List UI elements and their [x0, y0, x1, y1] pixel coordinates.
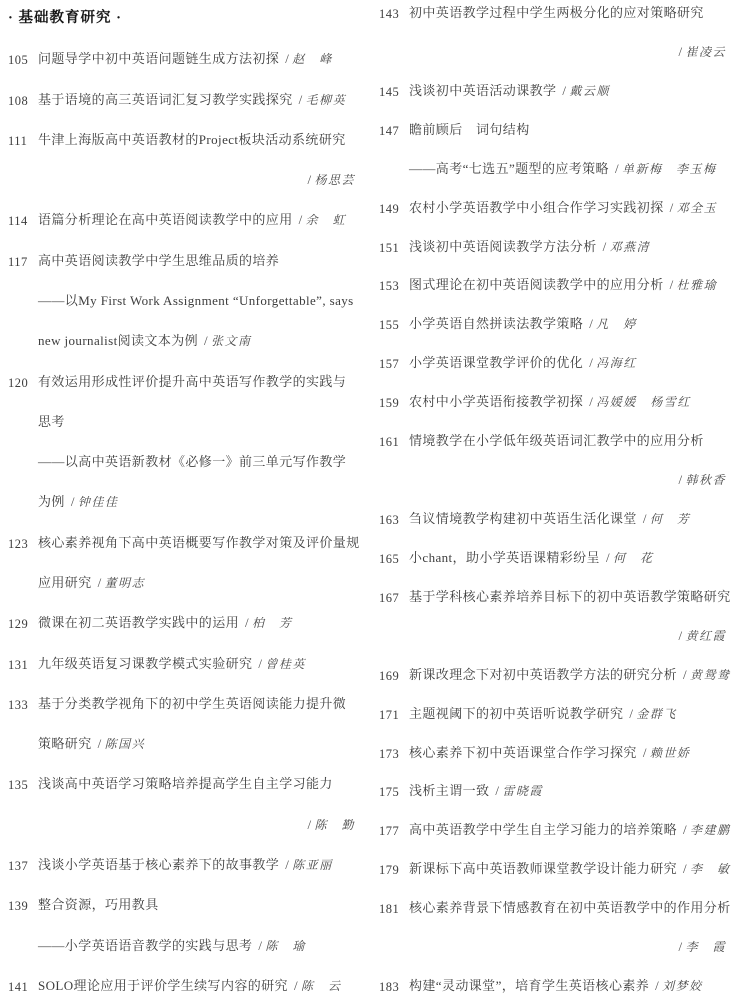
toc-entry: 165小chant，助小学英语课精彩纷呈/何 花	[379, 551, 734, 566]
author-separator: /	[307, 172, 311, 187]
article-title: 浅谈初中英语活动课教学	[409, 83, 556, 98]
author-separator: /	[589, 394, 593, 409]
toc-entry-continuation: 为例/钟佳佳	[8, 495, 363, 510]
toc-author-line: /黄红霞	[379, 629, 734, 644]
page-number: 120	[8, 376, 28, 390]
author-separator: /	[678, 44, 682, 59]
author-separator: /	[285, 51, 289, 66]
article-title: 农村小学英语教学中小组合作学习实践初探	[409, 200, 664, 215]
page-number: 149	[379, 202, 399, 216]
toc-entry: 147瞻前顾后 词句结构	[379, 123, 734, 138]
toc-entry: 173核心素养下初中英语课堂合作学习探究/赖世娇	[379, 746, 734, 761]
toc-entry-continuation: new journalist阅读文本为例/张文南	[8, 334, 363, 349]
article-title: 高中英语阅读教学中学生思维品质的培养	[38, 253, 279, 268]
author-name: 钟佳佳	[78, 495, 119, 509]
author-separator: /	[258, 938, 262, 953]
author-separator: /	[615, 161, 619, 176]
author-name: 陈亚丽	[292, 858, 333, 872]
article-title: 情境教学在小学低年级英语词汇教学中的应用分析	[409, 433, 704, 448]
toc-entry: 143初中英语教学过程中学生两极分化的应对策略研究	[379, 6, 734, 21]
toc-entry: 117高中英语阅读教学中学生思维品质的培养	[8, 254, 363, 269]
article-title: new journalist阅读文本为例	[38, 333, 198, 348]
toc-entry: 177高中英语教学中学生自主学习能力的培养策略/李建鹏	[379, 823, 734, 838]
toc-entry: 149农村小学英语教学中小组合作学习实践初探/邓全玉	[379, 201, 734, 216]
author-separator: /	[678, 472, 682, 487]
article-title: 应用研究	[38, 575, 92, 590]
author-name: 黄鸳鸯	[690, 668, 731, 682]
author-name: 韩秋香	[685, 473, 726, 487]
toc-entry: 179新课标下高中英语教师课堂教学设计能力研究/李 敏	[379, 862, 734, 877]
author-separator: /	[589, 355, 593, 370]
author-separator: /	[670, 277, 674, 292]
author-name: 陈 云	[301, 979, 342, 993]
toc-entry: 139整合资源，巧用教具	[8, 898, 363, 913]
article-title: 语篇分析理论在高中英语阅读教学中的应用	[38, 212, 293, 227]
toc-entry: 155小学英语自然拼读法教学策略/凡 婷	[379, 317, 734, 332]
toc-entry-continuation: ——以My First Work Assignment “Unforgettab…	[8, 294, 363, 309]
author-separator: /	[299, 92, 303, 107]
article-title: ——高考“七选五”题型的应考策略	[409, 161, 609, 176]
toc-entry: 123核心素养视角下高中英语概要写作教学对策及评价量规	[8, 536, 363, 551]
article-title: 核心素养下初中英语课堂合作学习探究	[409, 745, 637, 760]
toc-entry: 108基于语境的高三英语词汇复习教学实践探究/毛柳英	[8, 93, 363, 108]
author-separator: /	[98, 736, 102, 751]
author-separator: /	[294, 978, 298, 993]
page-number: 133	[8, 698, 28, 712]
page-number: 165	[379, 552, 399, 566]
toc-entry: 131九年级英语复习课教学模式实验研究/曾桂英	[8, 657, 363, 672]
page-number: 129	[8, 617, 28, 631]
article-title: 高中英语教学中学生自主学习能力的培养策略	[409, 822, 677, 837]
author-separator: /	[285, 857, 289, 872]
author-name: 陈国兴	[105, 737, 146, 751]
author-separator: /	[655, 978, 659, 993]
page-number: 161	[379, 435, 399, 449]
page-number: 141	[8, 980, 28, 994]
toc-entry: 159农村中小学英语衔接教学初探/冯媛媛 杨雪红	[379, 395, 734, 410]
article-title: 构建“灵动课堂”，培育学生英语核心素养	[409, 978, 649, 993]
author-name: 毛柳英	[306, 93, 347, 107]
article-title: 新课标下高中英语教师课堂教学设计能力研究	[409, 861, 677, 876]
article-title: 牛津上海版高中英语教材的Project板块活动系统研究	[38, 132, 346, 147]
article-title: 基于学科核心素养培养目标下的初中英语教学策略研究	[409, 589, 731, 604]
article-title: 新课改理念下对初中英语教学方法的研究分析	[409, 667, 677, 682]
author-separator: /	[629, 706, 633, 721]
toc-entry-continuation: 思考	[8, 415, 363, 430]
toc-entry-continuation: ——高考“七选五”题型的应考策略/单新梅 李玉梅	[379, 162, 734, 177]
article-title: 图式理论在初中英语阅读教学中的应用分析	[409, 277, 664, 292]
toc-column-left: · 基础教育研究 · 105问题导学中初中英语问题链生成方法初探/赵 峰108基…	[8, 6, 363, 994]
page-number: 135	[8, 778, 28, 792]
author-name: 黄红霞	[685, 629, 726, 643]
article-title: 浅谈高中英语学习策略培养提高学生自主学习能力	[38, 776, 333, 791]
page-number: 159	[379, 396, 399, 410]
author-name: 董明志	[105, 576, 146, 590]
author-separator: /	[643, 511, 647, 526]
page-number: 181	[379, 902, 399, 916]
author-name: 冯媛媛 杨雪红	[596, 395, 691, 409]
toc-entry: 120有效运用形成性评价提升高中英语写作教学的实践与	[8, 375, 363, 390]
page-number: 157	[379, 357, 399, 371]
toc-entry: 114语篇分析理论在高中英语阅读教学中的应用/余 虹	[8, 213, 363, 228]
page-number: 163	[379, 513, 399, 527]
toc-entry: 169新课改理念下对初中英语教学方法的研究分析/黄鸳鸯	[379, 668, 734, 683]
page-number: 139	[8, 899, 28, 913]
author-name: 何 芳	[650, 512, 691, 526]
author-separator: /	[562, 83, 566, 98]
author-name: 邓全玉	[677, 201, 718, 215]
toc-entry: 137浅谈小学英语基于核心素养下的故事教学/陈亚丽	[8, 858, 363, 873]
author-separator: /	[245, 615, 249, 630]
page-number: 137	[8, 859, 28, 873]
page-number: 171	[379, 708, 399, 722]
toc-entry: 111牛津上海版高中英语教材的Project板块活动系统研究	[8, 133, 363, 148]
author-name: 李 敏	[690, 862, 731, 876]
author-separator: /	[678, 628, 682, 643]
author-separator: /	[71, 494, 75, 509]
toc-entry-continuation: 应用研究/董明志	[8, 576, 363, 591]
author-name: 凡 婷	[596, 317, 637, 331]
toc-author-line: /杨思芸	[8, 173, 363, 188]
toc-entry: 141SOLO理论应用于评价学生续写内容的研究/陈 云	[8, 979, 363, 994]
article-title: 小学英语自然拼读法教学策略	[409, 316, 583, 331]
toc-entry: 151浅谈初中英语阅读教学方法分析/邓燕清	[379, 240, 734, 255]
toc-entry-continuation: ——小学英语语音教学的实践与思考/陈 瑜	[8, 939, 363, 954]
page-number: 167	[379, 591, 399, 605]
article-title: 小chant，助小学英语课精彩纷呈	[409, 550, 600, 565]
toc-entry: 167基于学科核心素养培养目标下的初中英语教学策略研究	[379, 590, 734, 605]
page-number: 183	[379, 980, 399, 994]
toc-author-line: /陈 勤	[8, 818, 363, 833]
author-name: 陈 勤	[314, 818, 355, 832]
article-title: 策略研究	[38, 736, 92, 751]
author-separator: /	[603, 239, 607, 254]
author-separator: /	[258, 656, 262, 671]
toc-entry-continuation: ——以高中英语新教材《必修一》前三单元写作教学	[8, 455, 363, 470]
author-name: 崔凌云	[685, 45, 726, 59]
page-number: 173	[379, 747, 399, 761]
page-number: 179	[379, 863, 399, 877]
author-name: 何 花	[613, 551, 654, 565]
article-title: SOLO理论应用于评价学生续写内容的研究	[38, 978, 288, 993]
author-name: 曾桂英	[265, 657, 306, 671]
toc-column-right: 143初中英语教学过程中学生两极分化的应对策略研究/崔凌云145浅谈初中英语活动…	[379, 6, 734, 994]
toc-entry: 181核心素养背景下情感教育在初中英语教学中的作用分析	[379, 901, 734, 916]
author-name: 单新梅 李玉梅	[622, 162, 717, 176]
article-title: 农村中小学英语衔接教学初探	[409, 394, 583, 409]
article-title: 有效运用形成性评价提升高中英语写作教学的实践与	[38, 374, 346, 389]
author-separator: /	[670, 200, 674, 215]
page-number: 123	[8, 537, 28, 551]
page-number: 111	[8, 134, 27, 148]
page-number: 131	[8, 658, 28, 672]
toc-entry: 129微课在初二英语教学实践中的运用/柏 芳	[8, 616, 363, 631]
article-title: 浅谈初中英语阅读教学方法分析	[409, 239, 597, 254]
article-title: 瞻前顾后 词句结构	[409, 122, 530, 137]
author-name: 金群飞	[636, 707, 677, 721]
author-name: 杨思芸	[314, 173, 355, 187]
author-name: 赖世娇	[650, 746, 691, 760]
article-title: 思考	[38, 414, 65, 429]
author-separator: /	[683, 822, 687, 837]
author-separator: /	[495, 783, 499, 798]
section-header: · 基础教育研究 ·	[8, 6, 363, 27]
article-title: 浅析主谓一致	[409, 783, 489, 798]
page-number: 151	[379, 241, 399, 255]
article-title: 主题视阈下的初中英语听说教学研究	[409, 706, 623, 721]
author-name: 邓燕清	[610, 240, 651, 254]
toc-author-line: /韩秋香	[379, 473, 734, 488]
toc-entry: 161情境教学在小学低年级英语词汇教学中的应用分析	[379, 434, 734, 449]
toc-author-line: /李 霞	[379, 940, 734, 955]
page-number: 145	[379, 85, 399, 99]
author-name: 李 霞	[685, 940, 726, 954]
toc-entry: 157小学英语课堂教学评价的优化/冯海红	[379, 356, 734, 371]
toc-entry-continuation: 策略研究/陈国兴	[8, 737, 363, 752]
article-title: ——小学英语语音教学的实践与思考	[38, 938, 252, 953]
article-title: 核心素养背景下情感教育在初中英语教学中的作用分析	[409, 900, 731, 915]
article-title: ——以高中英语新教材《必修一》前三单元写作教学	[38, 454, 346, 469]
toc-entry: 105问题导学中初中英语问题链生成方法初探/赵 峰	[8, 52, 363, 67]
toc-entry: 135浅谈高中英语学习策略培养提高学生自主学习能力	[8, 777, 363, 792]
author-separator: /	[307, 817, 311, 832]
toc-entry: 163刍议情境教学构建初中英语生活化课堂/何 芳	[379, 512, 734, 527]
author-name: 刘梦姣	[662, 979, 703, 993]
toc-entry: 145浅谈初中英语活动课教学/戴云顺	[379, 84, 734, 99]
article-title: 为例	[38, 494, 65, 509]
author-name: 柏 芳	[252, 616, 293, 630]
author-name: 余 虹	[306, 213, 347, 227]
page-number: 114	[8, 214, 28, 228]
toc-entry: 183构建“灵动课堂”，培育学生英语核心素养/刘梦姣	[379, 979, 734, 994]
page-number: 143	[379, 7, 399, 21]
article-title: 小学英语课堂教学评价的优化	[409, 355, 583, 370]
author-separator: /	[678, 939, 682, 954]
author-separator: /	[643, 745, 647, 760]
article-title: 微课在初二英语教学实践中的运用	[38, 615, 239, 630]
article-title: 基于语境的高三英语词汇复习教学实践探究	[38, 92, 293, 107]
page-number: 153	[379, 279, 399, 293]
author-separator: /	[299, 212, 303, 227]
author-name: 戴云顺	[569, 84, 610, 98]
author-separator: /	[683, 861, 687, 876]
page-number: 175	[379, 785, 399, 799]
author-name: 张文南	[211, 334, 252, 348]
toc-author-line: /崔凌云	[379, 45, 734, 60]
author-separator: /	[606, 550, 610, 565]
page-number: 117	[8, 255, 28, 269]
article-title: 基于分类教学视角下的初中学生英语阅读能力提升微	[38, 696, 346, 711]
article-title: 核心素养视角下高中英语概要写作教学对策及评价量规	[38, 535, 360, 550]
page-number: 108	[8, 94, 28, 108]
page-number: 169	[379, 669, 399, 683]
toc-entry: 153图式理论在初中英语阅读教学中的应用分析/杜雅瑜	[379, 278, 734, 293]
article-title: 整合资源，巧用教具	[38, 897, 159, 912]
author-separator: /	[589, 316, 593, 331]
toc-entry: 175浅析主谓一致/雷晓霞	[379, 784, 734, 799]
author-name: 陈 瑜	[265, 939, 306, 953]
page-number: 177	[379, 824, 399, 838]
article-title: 浅谈小学英语基于核心素养下的故事教学	[38, 857, 279, 872]
author-name: 杜雅瑜	[677, 278, 718, 292]
author-separator: /	[683, 667, 687, 682]
toc-page: · 基础教育研究 · 105问题导学中初中英语问题链生成方法初探/赵 峰108基…	[0, 0, 740, 1004]
author-name: 雷晓霞	[502, 784, 543, 798]
author-separator: /	[204, 333, 208, 348]
article-title: ——以My First Work Assignment “Unforgettab…	[38, 293, 354, 308]
author-name: 冯海红	[596, 356, 637, 370]
page-number: 105	[8, 53, 28, 67]
author-name: 李建鹏	[690, 823, 731, 837]
toc-entry: 133基于分类教学视角下的初中学生英语阅读能力提升微	[8, 697, 363, 712]
article-title: 九年级英语复习课教学模式实验研究	[38, 656, 252, 671]
article-title: 刍议情境教学构建初中英语生活化课堂	[409, 511, 637, 526]
toc-entry: 171主题视阈下的初中英语听说教学研究/金群飞	[379, 707, 734, 722]
article-title: 问题导学中初中英语问题链生成方法初探	[38, 51, 279, 66]
page-number: 147	[379, 124, 399, 138]
author-name: 赵 峰	[292, 52, 333, 66]
page-number: 155	[379, 318, 399, 332]
article-title: 初中英语教学过程中学生两极分化的应对策略研究	[409, 5, 704, 20]
author-separator: /	[98, 575, 102, 590]
